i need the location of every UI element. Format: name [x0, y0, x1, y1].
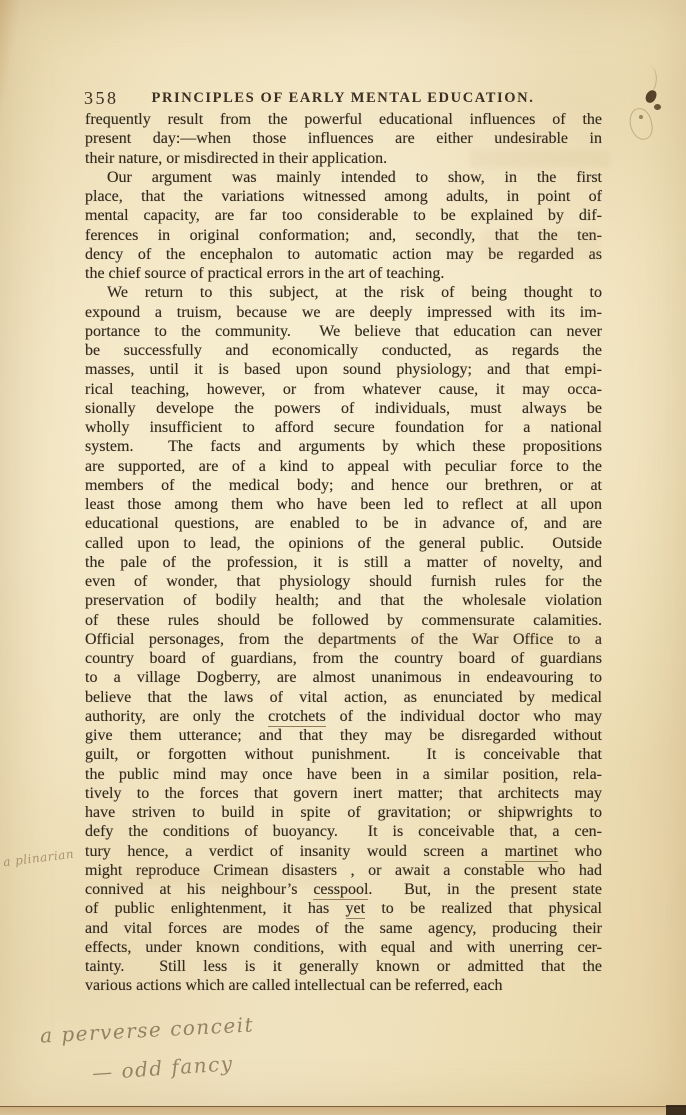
text-line: the chief source of practical errors in …: [85, 264, 602, 283]
bottom-note-handwriting-1: a perverse conceit: [40, 1012, 255, 1047]
ink-blot-spot: [654, 104, 661, 110]
text-line: to a village Dogberry, are almost unanim…: [85, 668, 602, 687]
running-title: PRINCIPLES OF EARLY MENTAL EDUCATION.: [0, 90, 686, 107]
text-line: tainty. Still less is it generally known…: [85, 957, 602, 976]
text-line: system. The facts and arguments by which…: [85, 437, 602, 456]
text-line: the public mind may once have been in a …: [85, 765, 602, 784]
margin-note-handwriting: a plinarian: [2, 847, 74, 870]
bleed-through-smudge: [300, 630, 600, 652]
pencil-underlined-word: crotchets: [268, 708, 326, 727]
text-line: portance to the community. We believe th…: [85, 322, 602, 341]
pencil-underlined-word: yet: [346, 900, 366, 919]
text-line: We return to this subject, at the risk o…: [85, 283, 602, 302]
text-line: tury hence, a verdict of insanity would …: [85, 842, 602, 861]
text-line: rical teaching, however, or from whateve…: [85, 380, 602, 399]
text-line: masses, until it is based upon sound phy…: [85, 360, 602, 379]
text-line: educational questions, are enabled to be…: [85, 514, 602, 533]
text-line: authority, are only the crotchets of the…: [85, 707, 602, 726]
running-header: 358 PRINCIPLES OF EARLY MENTAL EDUCATION…: [0, 88, 686, 110]
text-line: of these rules should be followed by com…: [85, 611, 602, 630]
text-line: and vital forces are modes of the same a…: [85, 919, 602, 938]
text-line: wholly insufficient to afford secure fou…: [85, 418, 602, 437]
page-bottom-edge: [0, 1106, 686, 1115]
bottom-note-handwriting-2: — odd fancy: [91, 1051, 234, 1085]
text-line: sionally develope the powers of individu…: [85, 399, 602, 418]
text-line: present day:—when those influences are e…: [85, 129, 602, 148]
ink-blot: [596, 68, 676, 188]
text-line: frequently result from the powerful educ…: [85, 110, 602, 129]
text-line: guilt, or forgotten without punishment. …: [85, 745, 602, 764]
text-line: effects, under known conditions, with eq…: [85, 938, 602, 957]
bleed-through-smudge: [480, 230, 600, 260]
text-line: defy the conditions of buoyancy. It is c…: [85, 822, 602, 841]
bottom-right-dark-mark: [666, 1105, 686, 1115]
ink-blot-outline: [627, 106, 655, 142]
scanned-book-page: 358 PRINCIPLES OF EARLY MENTAL EDUCATION…: [0, 0, 686, 1115]
text-line: called upon to lead, the opinions of the…: [85, 534, 602, 553]
pencil-underlined-word: martinet: [505, 843, 558, 862]
text-line: have striven to build in spite of gravit…: [85, 803, 602, 822]
pencil-underlined-word: cesspool: [313, 881, 368, 900]
text-line: preservation of bodily health; and that …: [85, 591, 602, 610]
text-line: mental capacity, are far too considerabl…: [85, 206, 602, 225]
ink-blot-tail: [640, 65, 658, 93]
text-line: least those among them who have been led…: [85, 495, 602, 514]
text-line: believe that the laws of vital action, a…: [85, 688, 602, 707]
bleed-through-smudge: [470, 150, 610, 168]
text-line: expound a truism, because we are deeply …: [85, 303, 602, 322]
text-line: place, that the variations witnessed amo…: [85, 187, 602, 206]
text-line: Our argument was mainly intended to show…: [85, 168, 602, 187]
text-line: members of the medical body; and hence o…: [85, 476, 602, 495]
bleed-through-smudge: [120, 870, 320, 886]
text-line: give them utterance; and that they may b…: [85, 726, 602, 745]
text-line: even of wonder, that physiology should f…: [85, 572, 602, 591]
text-line: the pale of the profession, it is still …: [85, 553, 602, 572]
text-line: of public enlightenment, it has yet to b…: [85, 899, 602, 918]
text-line: be successfully and economically conduct…: [85, 341, 602, 360]
text-line: various actions which are called intelle…: [85, 976, 602, 995]
text-line: tively to the forces that govern inert m…: [85, 784, 602, 803]
text-line: are supported, are of a kind to appeal w…: [85, 457, 602, 476]
